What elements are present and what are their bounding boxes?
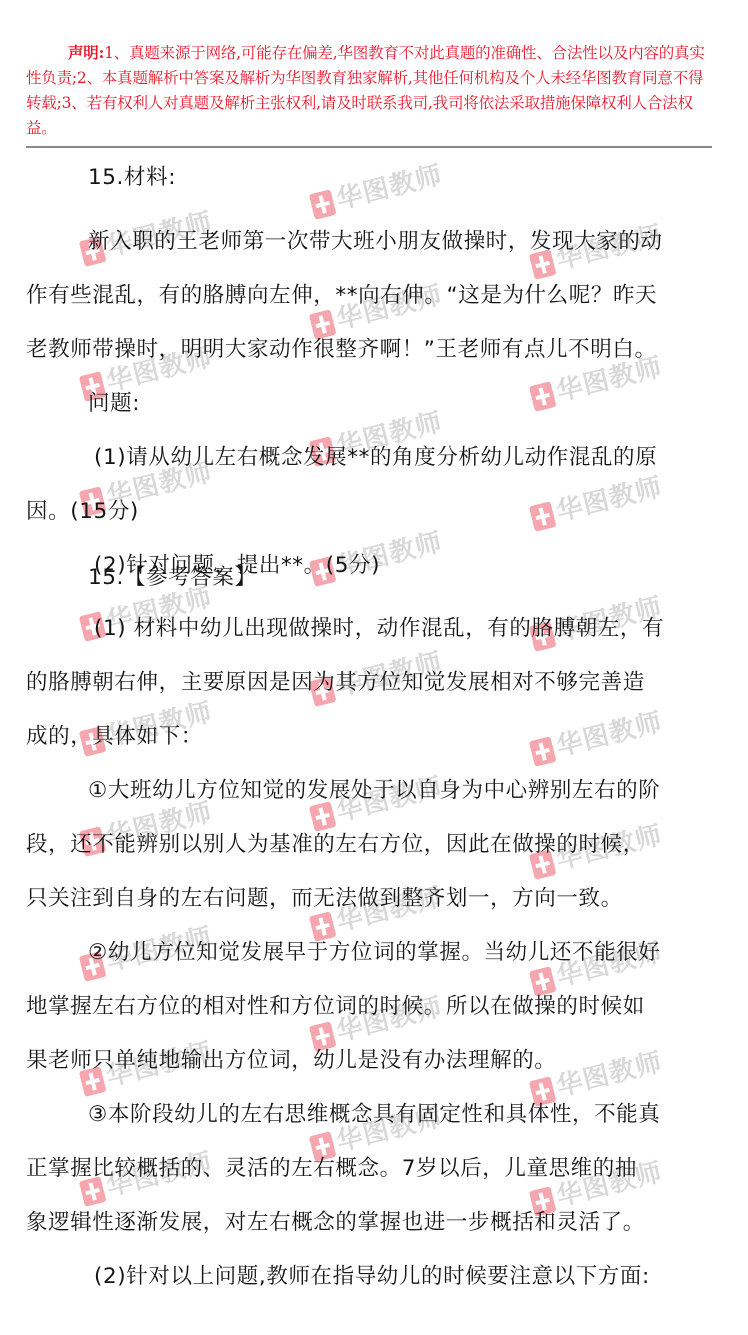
material-line: 老教师带操时，明明大家动作很整齐啊！”王老师有点儿不明白。 bbox=[26, 323, 712, 377]
material-line: 新入职的王老师第一次带大班小朋友做操时，发现大家的动 bbox=[26, 215, 712, 269]
disclaimer-lead: 声明: bbox=[68, 43, 104, 62]
answer-heading: 15.【参考答案】 bbox=[26, 554, 712, 602]
answer-point-2-line: 地掌握左右方位的相对性和方位词的时候。所以在做操的时候如 bbox=[26, 980, 712, 1034]
answer-point-2-line: ②幼儿方位知觉发展早于方位词的掌握。当幼儿还不能很好 bbox=[26, 926, 712, 980]
sub-question-1-line: 因。(15分) bbox=[26, 485, 712, 539]
answer-section: 15.【参考答案】 (1) 材料中幼儿出现做操时，动作混乱，有的胳膊朝左，有 的… bbox=[26, 554, 712, 1304]
answer-point-1-line: 只关注到自身的左右问题，而无法做到整齐划一，方向一致。 bbox=[26, 872, 712, 926]
answer-part1-line: 成的，具体如下： bbox=[26, 710, 712, 764]
sub-question-1-line: (1)请从幼儿左右概念发展**的角度分析幼儿动作混乱的原 bbox=[26, 431, 712, 485]
question-prompt-label: 问题: bbox=[26, 377, 712, 431]
answer-part2-intro: (2)针对以上问题,教师在指导幼儿的时候要注意以下方面: bbox=[26, 1250, 712, 1304]
question-section: 15.材料: 新入职的王老师第一次带大班小朋友做操时，发现大家的动 作有些混乱，… bbox=[26, 155, 712, 593]
answer-part1-line: 的胳膊朝右伸，主要原因是因为其方位知觉发展相对不够完善造 bbox=[26, 656, 712, 710]
answer-point-3-line: 象逻辑性逐渐发展，对左右概念的掌握也进一步概括和灵活了。 bbox=[26, 1196, 712, 1250]
question-heading: 15.材料: bbox=[26, 155, 712, 200]
divider bbox=[26, 146, 712, 148]
material-line: 作有些混乱，有的胳膊向左伸，**向右伸。“这是为什么呢？昨天 bbox=[26, 269, 712, 323]
answer-point-3-line: 正掌握比较概括的、灵活的左右概念。7岁以后，儿童思维的抽 bbox=[26, 1142, 712, 1196]
answer-point-2-line: 果老师只单纯地输出方位词，幼儿是没有办法理解的。 bbox=[26, 1034, 712, 1088]
answer-point-1-line: 段，还不能辨别以别人为基准的左右方位，因此在做操的时候， bbox=[26, 818, 712, 872]
answer-point-1-line: ①大班幼儿方位知觉的发展处于以自身为中心辨别左右的阶 bbox=[26, 764, 712, 818]
disclaimer-text: 1、真题来源于网络,可能存在偏差,华图教育不对此真题的准确性、合法性以及内容的真… bbox=[26, 44, 705, 137]
disclaimer: 声明:1、真题来源于网络,可能存在偏差,华图教育不对此真题的准确性、合法性以及内… bbox=[26, 40, 712, 141]
answer-part1-line: (1) 材料中幼儿出现做操时，动作混乱，有的胳膊朝左，有 bbox=[26, 602, 712, 656]
answer-point-3-line: ③本阶段幼儿的左右思维概念具有固定性和具体性，不能真 bbox=[26, 1088, 712, 1142]
